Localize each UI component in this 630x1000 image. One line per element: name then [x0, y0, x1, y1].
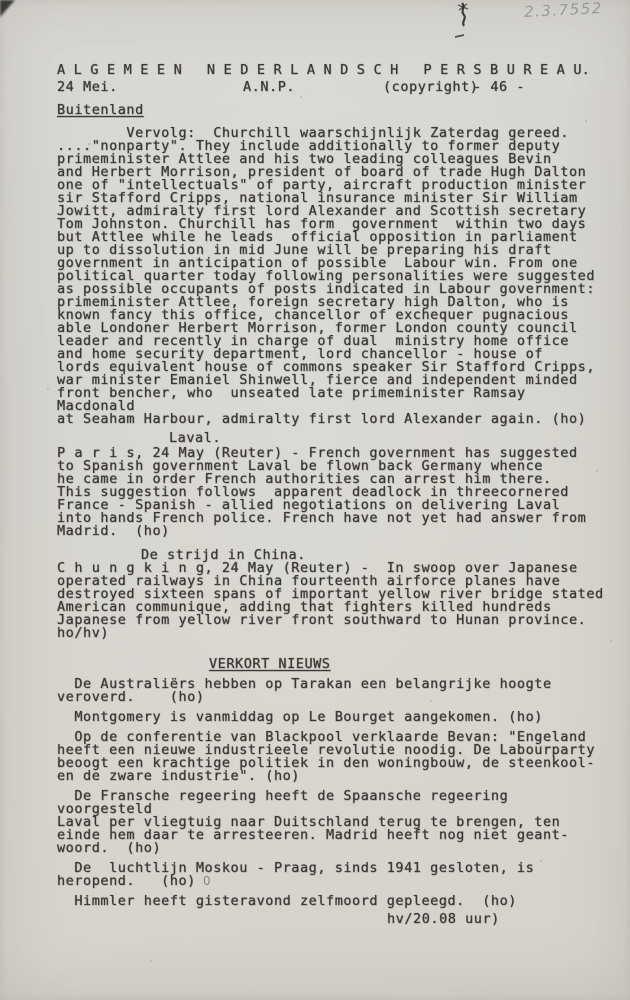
signoff-time: hv/20.08 uur): [57, 913, 605, 926]
document-header-row: 24 Mei. A.N.P. (copyright) - 46 -: [57, 81, 605, 96]
news-item-laval-vliegtuig: De Fransche regeering heeft de Spaansche…: [57, 790, 605, 855]
article-laval-body: P a r i s, 24 May (Reuter) - French gove…: [57, 447, 605, 538]
ink-stamp-mark: [452, 1, 482, 51]
handwritten-ref-number: 2.3.7552: [524, 0, 604, 21]
paper-speckles: [0, 0, 2, 2]
news-item-montgomery: Montgomery is vanmiddag op Le Bourget aa…: [57, 711, 605, 724]
news-item-luchtlijn: De luchtlijn Moskou - Praag, sinds 1941 …: [57, 862, 605, 888]
section-heading-buitenland: Buitenland: [57, 104, 144, 117]
article-china-body: C h u n g k i n g, 24 May (Reuter) - In …: [57, 562, 605, 640]
article-heading-laval: Laval.: [57, 432, 605, 445]
copyright-label: (copyright): [383, 81, 478, 94]
press-agency-title: A L G E M E E N N E D E R L A N D S C H …: [57, 64, 605, 77]
news-item-blackpool: Op de conferentie van Blackpool verklaar…: [57, 731, 605, 783]
article-churchill-body: Vervolg: Churchill waarschijnlijk Zaterd…: [57, 127, 605, 426]
agency-abbreviation: A.N.P.: [243, 81, 295, 94]
dateline: 24 Mei.: [57, 81, 118, 94]
scanned-page: 2.3.7552 0 A L G E M E E N N E D E R L A…: [0, 0, 630, 1000]
page-number: - 46 -: [473, 81, 525, 94]
scan-corner-shadow: [0, 0, 15, 17]
news-item-tarakan: De Australiërs hebben op Tarakan een bel…: [57, 678, 605, 704]
verkort-nieuws-heading: VERKORT NIEUWS: [209, 656, 331, 672]
news-item-himmler: Himmler heeft gisteravond zelfmoord gepl…: [57, 895, 605, 908]
